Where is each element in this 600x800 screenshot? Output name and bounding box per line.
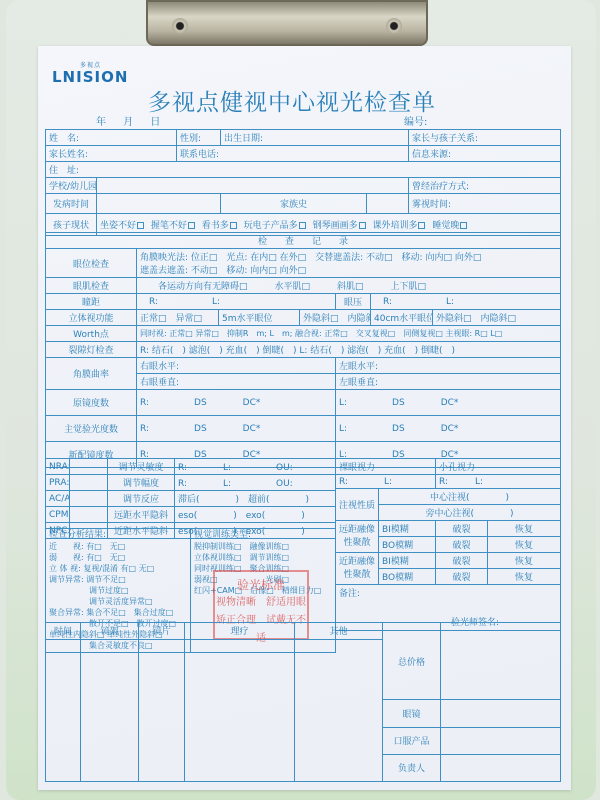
far-bo-recover[interactable]: 恢复 <box>488 537 561 553</box>
function-test-table: NRA:调节灵敏度R: L: OU: PRA:调节幅度R: L: OU: AC/… <box>45 458 336 539</box>
eye-muscle-label: 眼肌检查 <box>46 278 137 294</box>
naked-va-label: 裸眼视力 <box>336 459 436 475</box>
relation-field[interactable]: 家长与孩子关系: <box>409 130 561 146</box>
exam-record-table: 检 查 记 录 眼位检查角膜映光法: 位正□ 光点: 在内□ 在外□ 交替遮盖法… <box>45 232 561 468</box>
func-value[interactable]: 滞后( ) 超前( ) <box>175 491 336 507</box>
total-price-field[interactable] <box>441 623 561 700</box>
h40-label: 40cm水平眼位 <box>371 310 433 326</box>
iop-label: 眼压 <box>336 294 371 310</box>
rx-right-field[interactable]: R: DS DC* <box>137 390 336 416</box>
near-bi-break[interactable]: 破裂 <box>436 553 488 569</box>
far-bi[interactable]: BI模糊 <box>379 521 436 537</box>
checkbox[interactable] <box>460 222 467 229</box>
form-title: 多视点健视中心视光检查单 <box>148 84 436 117</box>
other-cell[interactable] <box>295 639 383 781</box>
eye-position-options[interactable]: 角膜映光法: 位正□ 光点: 在内□ 在外□ 交替遮盖法: 不动□ 移动: 向内… <box>137 249 561 278</box>
fog-time-field[interactable]: 雾视时间: <box>409 194 561 214</box>
glasses-field[interactable] <box>441 700 561 727</box>
slitlamp-options[interactable]: R: 结石( ) 滤泡( ) 充血( ) 倒睫( ) L: 结石( ) 滤泡( … <box>137 342 561 358</box>
purchase-table: 时间镜架镜片理疗其他 总价格 眼镜 口服产品 负责人 <box>45 622 561 782</box>
col-frame: 镜架 <box>81 623 139 640</box>
rx-right-field[interactable]: R: DS DC* <box>137 416 336 442</box>
eye-muscle-options[interactable]: 各运动方向有无障碍□ 水平肌□ 斜肌□ 上下肌□ <box>137 278 561 294</box>
eye-position-label: 眼位检查 <box>46 249 137 278</box>
naked-va-field[interactable]: R: L: <box>336 475 436 489</box>
func-left-label: PRA: <box>46 475 70 491</box>
eccentric-fixation-field[interactable]: 旁中心注视( ) <box>379 505 561 521</box>
far-bo[interactable]: BO模糊 <box>379 537 436 553</box>
birthdate-field[interactable]: 出生日期: <box>221 130 409 146</box>
checkbox[interactable] <box>418 222 425 229</box>
func-value[interactable]: eso( ) exo( ) <box>175 507 336 523</box>
func-left-field[interactable] <box>70 491 108 507</box>
func-left-field[interactable] <box>70 507 108 523</box>
far-bo-break[interactable]: 破裂 <box>436 537 488 553</box>
func-name: 远距水平隐斜 <box>108 507 175 523</box>
cornea-rh-field[interactable]: 右眼水平: <box>137 358 336 374</box>
cornea-label: 角膜曲率 <box>46 358 137 390</box>
h5m-label: 5m水平眼位 <box>219 310 300 326</box>
rx-label: 原镜度数 <box>46 390 137 416</box>
cornea-rv-field[interactable]: 右眼垂直: <box>137 374 336 390</box>
func-value[interactable]: R: L: OU: <box>175 459 336 475</box>
cornea-lh-field[interactable]: 左眼水平: <box>336 358 561 374</box>
rx-left-field[interactable]: L: DS DC* <box>336 416 561 442</box>
near-bi-recover[interactable]: 恢复 <box>488 553 561 569</box>
time-cell[interactable] <box>46 639 81 781</box>
worth-options[interactable]: 同时视: 正常□ 异常□ 抑制R m; L m; 融合视: 正常□ 交叉复视□ … <box>137 326 561 342</box>
near-bo[interactable]: BO模糊 <box>379 569 436 585</box>
phone-field[interactable]: 联系电话: <box>177 146 409 162</box>
far-bi-recover[interactable]: 恢复 <box>488 521 561 537</box>
checkbox[interactable] <box>359 222 366 229</box>
func-value[interactable]: R: L: OU: <box>175 475 336 491</box>
status-option[interactable]: 睡觉晚 <box>432 221 471 231</box>
status-option[interactable]: 课外培训多 <box>372 221 429 231</box>
func-left-label: AC/A: <box>46 491 70 507</box>
cornea-lv-field[interactable]: 左眼垂直: <box>336 374 561 390</box>
slitlamp-label: 裂隙灯检查 <box>46 342 137 358</box>
serial-number-label: 编号: <box>404 113 427 128</box>
brand-logo: 多视点LNISION <box>52 68 128 86</box>
col-lens: 镜片 <box>139 623 185 640</box>
responsible-label: 负责人 <box>383 754 441 781</box>
onset-field[interactable] <box>97 194 221 214</box>
pinhole-va-label: 小孔视力 <box>436 459 561 475</box>
rx-label: 主觉验光度数 <box>46 416 137 442</box>
h5m-options[interactable]: 外隐斜□ 内隐斜□ <box>300 310 371 326</box>
frame-cell[interactable] <box>81 639 139 781</box>
pinhole-va-field[interactable]: R: L: <box>436 475 561 489</box>
func-left-label: NRA: <box>46 459 70 475</box>
near-bo-break[interactable]: 破裂 <box>436 569 488 585</box>
onset-label: 发病时间 <box>46 194 97 214</box>
func-name: 调节反应 <box>108 491 175 507</box>
name-field[interactable]: 姓 名: <box>46 130 177 146</box>
near-vergence-label: 近距融像性聚散 <box>336 553 379 585</box>
school-label: 学校/幼儿园 <box>46 178 97 194</box>
checkbox[interactable] <box>188 222 195 229</box>
func-left-field[interactable] <box>70 475 108 491</box>
family-history-field[interactable] <box>367 194 409 214</box>
glasses-label: 眼镜 <box>383 700 441 727</box>
parent-name-field[interactable]: 家长姓名: <box>46 146 177 162</box>
func-left-field[interactable] <box>70 459 108 475</box>
h40-options[interactable]: 外隐斜□ 内隐斜□ <box>433 310 561 326</box>
exam-form: 多视点LNISION 多视点健视中心视光检查单 年 月 日 编号: 姓 名:性别… <box>38 46 571 790</box>
clipboard-clip <box>146 0 428 46</box>
family-history-label: 家族史 <box>221 194 367 214</box>
stereo-options[interactable]: 正常□ 异常□ <box>137 310 219 326</box>
col-other: 其他 <box>295 623 383 640</box>
fixation-label: 注视性质 <box>336 489 379 521</box>
central-fixation-field[interactable]: 中心注视( ) <box>379 489 561 505</box>
gender-field[interactable]: 性别: <box>177 130 221 146</box>
school-field[interactable] <box>97 178 409 194</box>
info-source-field[interactable]: 信息来源: <box>409 146 561 162</box>
worth-label: Worth点 <box>46 326 137 342</box>
status-option[interactable]: 握笔不好 <box>151 221 199 231</box>
prior-treatment-field[interactable]: 曾经治疗方式: <box>409 178 561 194</box>
oral-products-field[interactable] <box>441 727 561 754</box>
near-bo-recover[interactable]: 恢复 <box>488 569 561 585</box>
patient-info-table: 姓 名:性别:出生日期:家长与孩子关系: 家长姓名:联系电话:信息来源: 住 址… <box>45 129 561 236</box>
status-option[interactable]: 钢琴画画多 <box>313 221 370 231</box>
pd-label: 瞳距 <box>46 294 137 310</box>
checkbox[interactable] <box>137 222 144 229</box>
responsible-field[interactable] <box>441 754 561 781</box>
far-vergence-label: 远距融像性聚散 <box>336 521 379 553</box>
status-option[interactable]: 玩电子产品多 <box>244 221 310 231</box>
iop-field[interactable]: R: L: <box>371 294 561 310</box>
col-time: 时间 <box>46 623 81 640</box>
oral-products-label: 口服产品 <box>383 727 441 754</box>
far-bi-break[interactable]: 破裂 <box>436 521 488 537</box>
status-option[interactable]: 坐姿不好 <box>100 221 148 231</box>
rx-left-field[interactable]: L: DS DC* <box>336 390 561 416</box>
col-therapy: 理疗 <box>185 623 295 640</box>
therapy-cell[interactable] <box>185 639 295 781</box>
section-title: 检 查 记 录 <box>46 233 561 249</box>
address-field[interactable]: 住 址: <box>46 162 561 178</box>
pd-field[interactable]: R: L: <box>137 294 336 310</box>
checkbox[interactable] <box>299 222 306 229</box>
func-name: 调节灵敏度 <box>108 459 175 475</box>
near-bi[interactable]: BI模糊 <box>379 553 436 569</box>
status-option[interactable]: 看书多 <box>202 221 241 231</box>
date-line: 年 月 日 <box>96 113 160 128</box>
checkbox[interactable] <box>230 222 237 229</box>
func-name: 调节幅度 <box>108 475 175 491</box>
func-left-label: CPM: <box>46 507 70 523</box>
lens-cell[interactable] <box>139 639 185 781</box>
vision-table: 裸眼视力小孔视力 R: L:R: L: 注视性质中心注视( ) 旁中心注视( )… <box>335 458 561 631</box>
stereo-label: 立体视功能 <box>46 310 137 326</box>
total-price-label: 总价格 <box>383 623 441 700</box>
